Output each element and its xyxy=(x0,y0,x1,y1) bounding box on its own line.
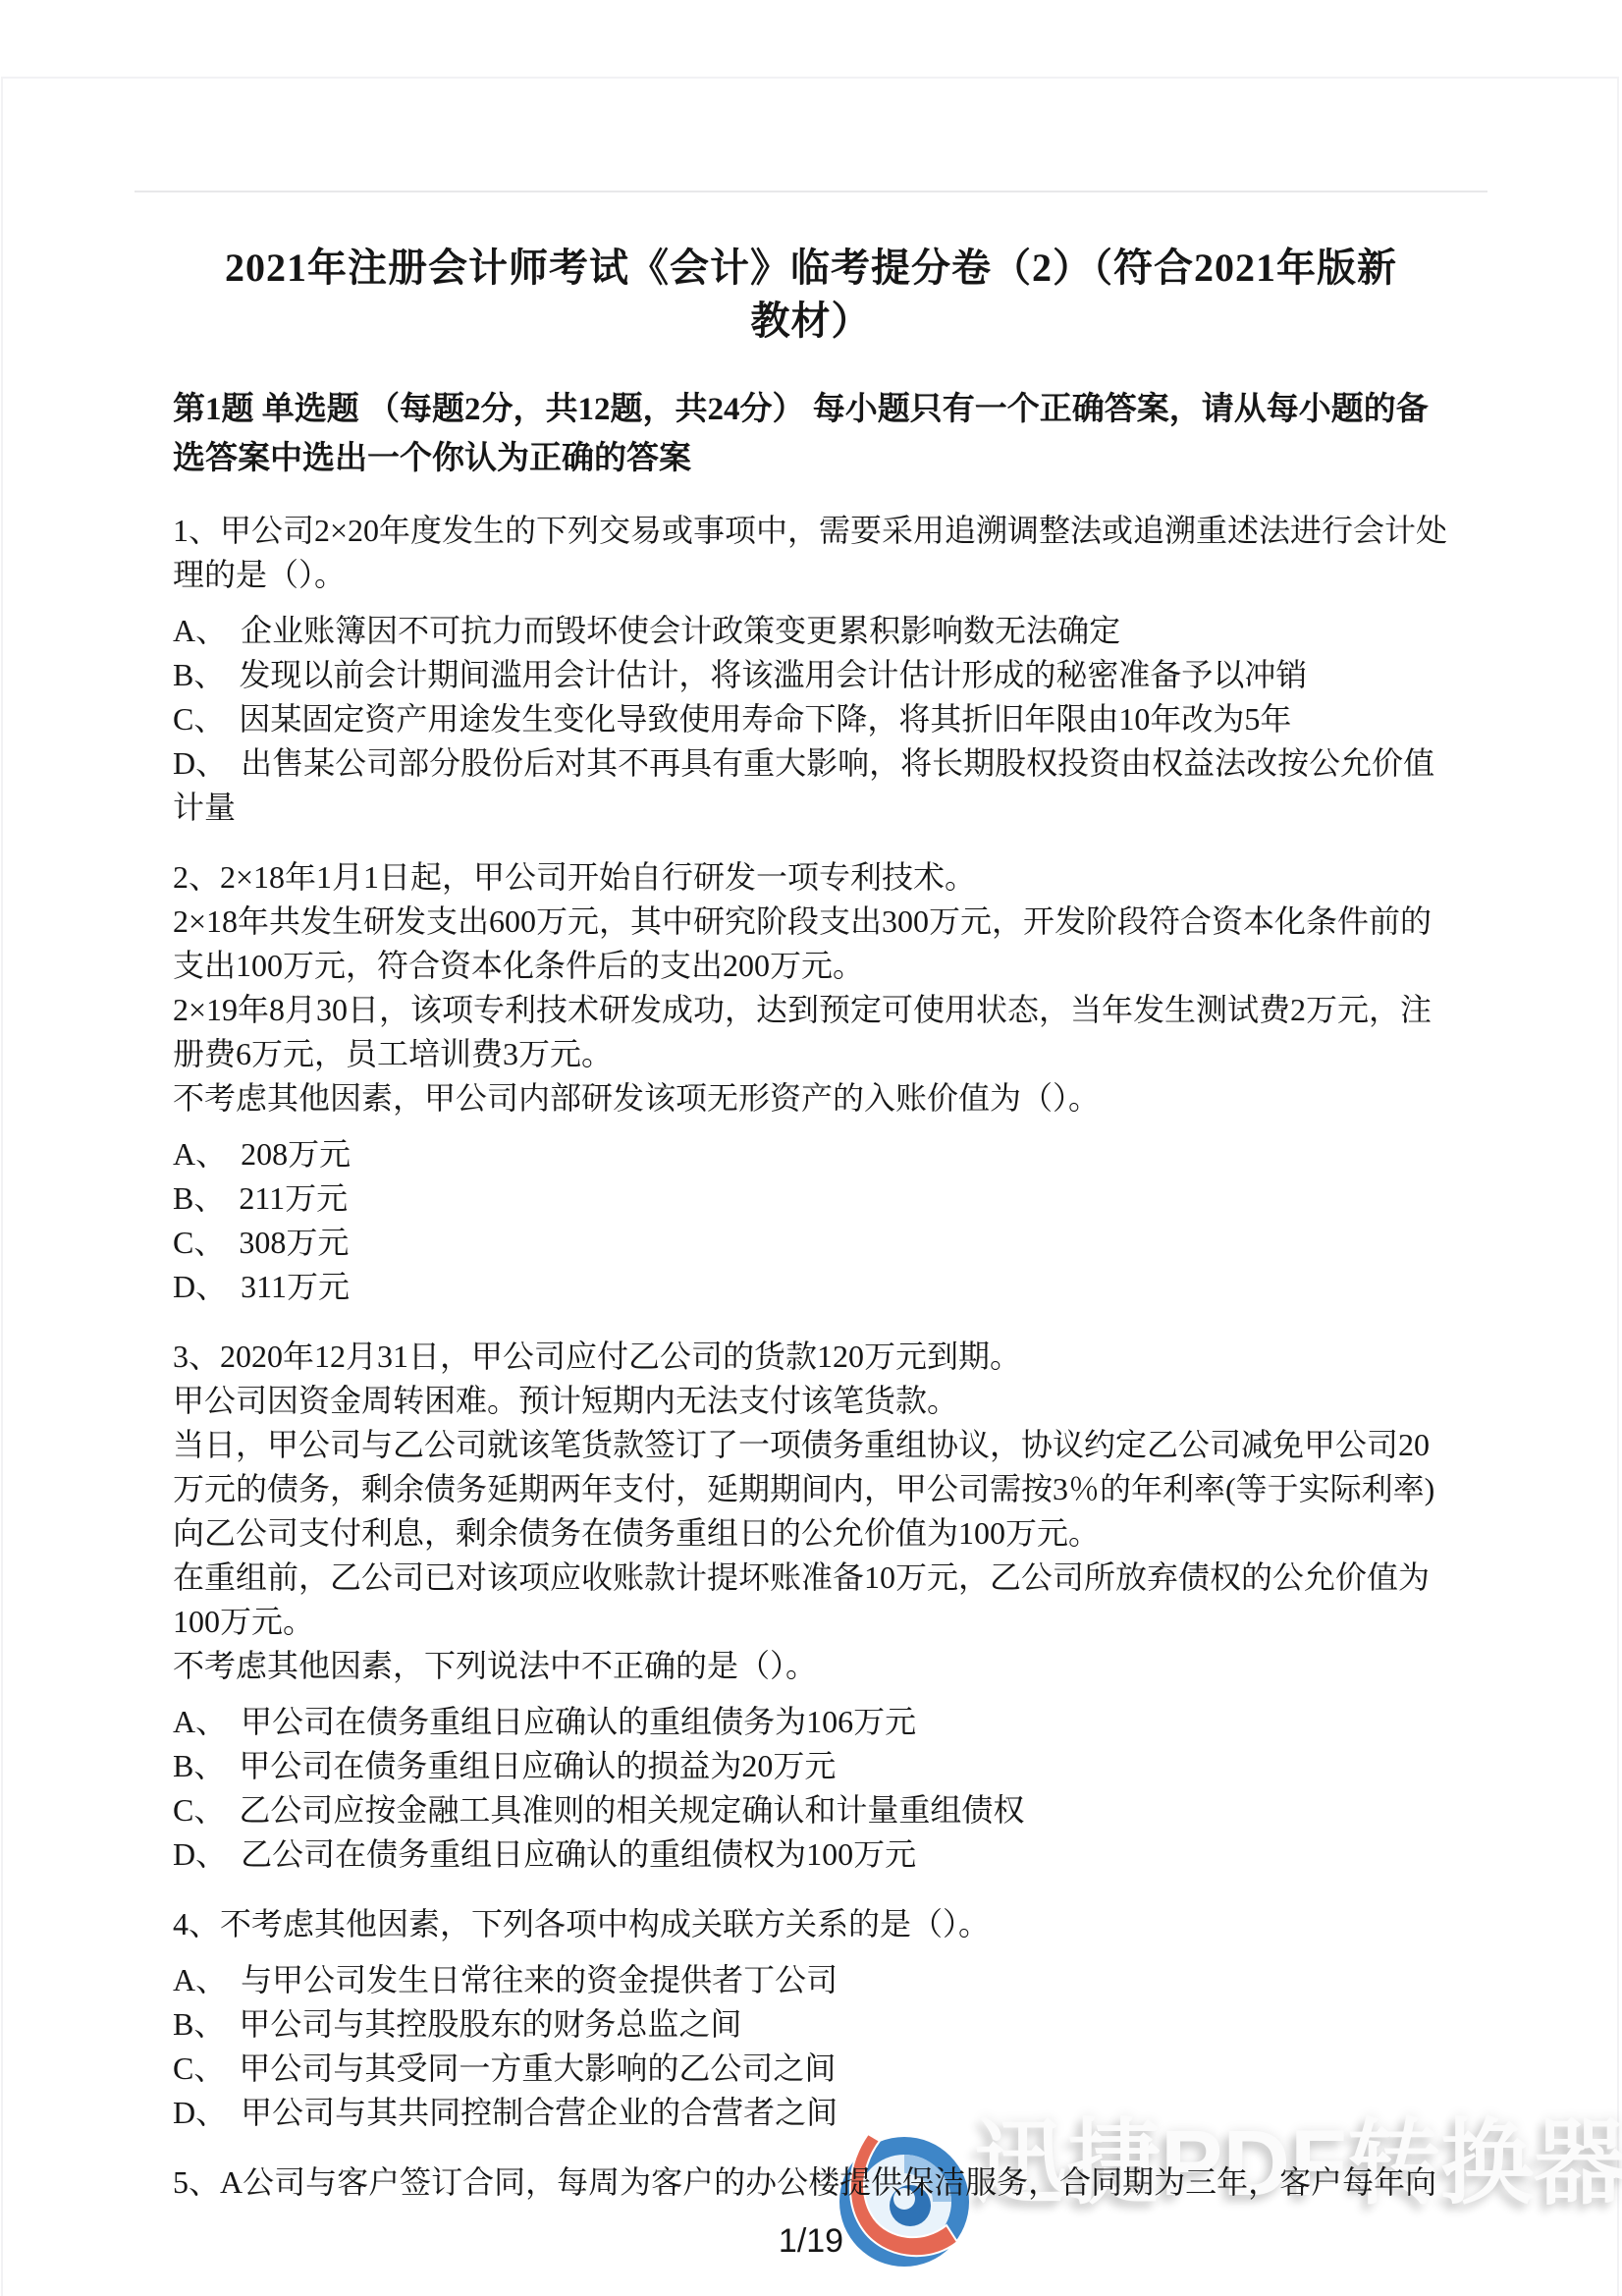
option-label: D、 xyxy=(173,1269,227,1304)
option-text: 甲公司与其共同控制合营企业的合营者之间 xyxy=(241,2095,838,2130)
question-paragraph: 当日，甲公司与乙公司就该笔货款签订了一项债务重组协议，协议约定乙公司减免甲公司2… xyxy=(173,1423,1449,1556)
question-block: 4、不考虑其他因素，下列各项中构成关联方关系的是（）。A、与甲公司发生日常往来的… xyxy=(173,1902,1449,2135)
option-row: B、发现以前会计期间滥用会计估计，将该滥用会计估计形成的秘密准备予以冲销 xyxy=(173,653,1449,697)
option-text: 乙公司应按金融工具准则的相关规定确认和计量重组债权 xyxy=(239,1792,1024,1828)
option-row: B、211万元 xyxy=(173,1176,1449,1221)
option-label: D、 xyxy=(173,745,227,781)
option-row: D、乙公司在债务重组日应确认的重组债权为100万元 xyxy=(173,1832,1449,1877)
question-block: 2、2×18年1月1日起，甲公司开始自行研发一项专利技术。2×18年共发生研发支… xyxy=(173,855,1449,1309)
option-text: 出售某公司部分股份后对其不再具有重大影响，将长期股权投资由权益法改按公允价值计量 xyxy=(173,745,1434,825)
question-block: 1、甲公司2×20年度发生的下列交易或事项中，需要采用追溯调整法或追溯重述法进行… xyxy=(173,509,1449,830)
option-text: 企业账簿因不可抗力而毁坏使会计政策变更累积影响数无法确定 xyxy=(241,613,1120,648)
option-label: B、 xyxy=(173,1748,225,1783)
option-label: B、 xyxy=(173,657,225,692)
question-paragraph: 4、不考虑其他因素，下列各项中构成关联方关系的是（）。 xyxy=(173,1902,1449,1946)
option-text: 甲公司与其受同一方重大影响的乙公司之间 xyxy=(239,2050,836,2086)
pdf-page: 迅捷PDF转换器 2021年注册会计师考试《会计》临考提分卷（2）（符合2021… xyxy=(0,0,1622,2296)
option-label: A、 xyxy=(173,1962,227,1997)
question-paragraph: 3、2020年12月31日，甲公司应付乙公司的货款120万元到期。 xyxy=(173,1335,1449,1379)
option-text: 发现以前会计期间滥用会计估计，将该滥用会计估计形成的秘密准备予以冲销 xyxy=(239,657,1307,692)
option-label: A、 xyxy=(173,1704,227,1739)
option-row: A、208万元 xyxy=(173,1132,1449,1176)
page-number: 1/19 xyxy=(0,2222,1622,2261)
option-label: D、 xyxy=(173,1836,227,1872)
option-row: A、企业账簿因不可抗力而毁坏使会计政策变更累积影响数无法确定 xyxy=(173,609,1449,653)
option-text: 乙公司在债务重组日应确认的重组债权为100万元 xyxy=(241,1836,916,1872)
option-row: B、甲公司在债务重组日应确认的损益为20万元 xyxy=(173,1744,1449,1788)
content-column: 2021年注册会计师考试《会计》临考提分卷（2）（符合2021年版新教材） 第1… xyxy=(173,0,1449,2205)
option-label: C、 xyxy=(173,2050,225,2086)
option-text: 311万元 xyxy=(241,1269,350,1304)
options-list: A、与甲公司发生日常往来的资金提供者丁公司B、甲公司与其控股股东的财务总监之间C… xyxy=(173,1958,1449,2135)
question-paragraph: 不考虑其他因素，甲公司内部研发该项无形资产的入账价值为（）。 xyxy=(173,1076,1449,1121)
option-text: 211万元 xyxy=(239,1180,348,1216)
page-title-line2: 教材） xyxy=(751,299,872,343)
option-row: C、乙公司应按金融工具准则的相关规定确认和计量重组债权 xyxy=(173,1788,1449,1832)
option-row: A、与甲公司发生日常往来的资金提供者丁公司 xyxy=(173,1958,1449,2002)
option-text: 甲公司在债务重组日应确认的重组债务为106万元 xyxy=(241,1704,916,1739)
question-paragraph: 甲公司因资金周转困难。预计短期内无法支付该笔货款。 xyxy=(173,1379,1449,1423)
option-label: D、 xyxy=(173,2095,227,2130)
option-row: D、甲公司与其共同控制合营企业的合营者之间 xyxy=(173,2091,1449,2135)
page-title: 2021年注册会计师考试《会计》临考提分卷（2）（符合2021年版新教材） xyxy=(173,242,1449,348)
question-paragraph: 1、甲公司2×20年度发生的下列交易或事项中，需要采用追溯调整法或追溯重述法进行… xyxy=(173,509,1449,597)
option-row: B、甲公司与其控股股东的财务总监之间 xyxy=(173,2002,1449,2047)
option-label: B、 xyxy=(173,1180,225,1216)
question-paragraph: 在重组前，乙公司已对该项应收账款计提坏账准备10万元，乙公司所放弃债权的公允价值… xyxy=(173,1556,1449,1644)
option-text: 甲公司与其控股股东的财务总监之间 xyxy=(239,2006,741,2042)
options-list: A、企业账簿因不可抗力而毁坏使会计政策变更累积影响数无法确定B、发现以前会计期间… xyxy=(173,609,1449,830)
option-row: D、出售某公司部分股份后对其不再具有重大影响，将长期股权投资由权益法改按公允价值… xyxy=(173,741,1449,830)
option-label: C、 xyxy=(173,1792,225,1828)
option-row: D、311万元 xyxy=(173,1265,1449,1309)
option-text: 与甲公司发生日常往来的资金提供者丁公司 xyxy=(241,1962,838,1997)
question-paragraph: 不考虑其他因素，下列说法中不正确的是（）。 xyxy=(173,1644,1449,1688)
questions-container: 1、甲公司2×20年度发生的下列交易或事项中，需要采用追溯调整法或追溯重述法进行… xyxy=(173,509,1449,2205)
option-label: A、 xyxy=(173,613,227,648)
option-row: C、308万元 xyxy=(173,1221,1449,1265)
option-row: A、甲公司在债务重组日应确认的重组债务为106万元 xyxy=(173,1700,1449,1744)
option-row: C、甲公司与其受同一方重大影响的乙公司之间 xyxy=(173,2047,1449,2091)
question-paragraph: 2×19年8月30日，该项专利技术研发成功，达到预定可使用状态，当年发生测试费2… xyxy=(173,988,1449,1076)
options-list: A、208万元B、211万元C、308万元D、311万元 xyxy=(173,1132,1449,1309)
option-text: 208万元 xyxy=(241,1136,351,1172)
option-row: C、因某固定资产用途发生变化导致使用寿命下降，将其折旧年限由10年改为5年 xyxy=(173,697,1449,741)
option-text: 甲公司在债务重组日应确认的损益为20万元 xyxy=(239,1748,836,1783)
section-heading: 第1题 单选题 （每题2分，共12题，共24分） 每小题只有一个正确答案，请从每… xyxy=(173,385,1449,483)
options-list: A、甲公司在债务重组日应确认的重组债务为106万元B、甲公司在债务重组日应确认的… xyxy=(173,1700,1449,1877)
question-block: 5、A公司与客户签订合同，每周为客户的办公楼提供保洁服务，合同期为三年，客户每年… xyxy=(173,2160,1449,2205)
option-label: B、 xyxy=(173,2006,225,2042)
question-paragraph: 2、2×18年1月1日起，甲公司开始自行研发一项专利技术。 xyxy=(173,855,1449,900)
option-label: C、 xyxy=(173,701,225,737)
option-label: A、 xyxy=(173,1136,227,1172)
page-title-line1: 2021年注册会计师考试《会计》临考提分卷（2）（符合2021年版新 xyxy=(225,246,1397,290)
option-text: 因某固定资产用途发生变化导致使用寿命下降，将其折旧年限由10年改为5年 xyxy=(239,701,1291,737)
question-paragraph: 5、A公司与客户签订合同，每周为客户的办公楼提供保洁服务，合同期为三年，客户每年… xyxy=(173,2160,1449,2205)
option-text: 308万元 xyxy=(239,1225,349,1260)
question-block: 3、2020年12月31日，甲公司应付乙公司的货款120万元到期。甲公司因资金周… xyxy=(173,1335,1449,1877)
question-paragraph: 2×18年共发生研发支出600万元，其中研究阶段支出300万元，开发阶段符合资本… xyxy=(173,900,1449,988)
option-label: C、 xyxy=(173,1225,225,1260)
